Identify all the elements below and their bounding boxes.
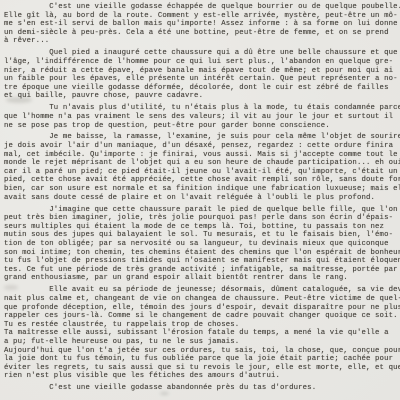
text-line: que l'homme n'a pas vraiment le sens des… <box>4 113 400 122</box>
text-line: Quel pied a inauguré cette chaussure qui… <box>4 49 400 58</box>
text-line: l'âge, l'indifférence de l'homme pour ce… <box>4 58 400 67</box>
text-line: mal, cet imbécile. Qu'importe : je finir… <box>4 151 400 160</box>
text-line: C'est une vieille godasse échappée de qu… <box>4 3 400 12</box>
text-line: tion de ton obligée; par sa nervosité ou… <box>4 240 400 249</box>
text-line: à rêver... <box>4 37 400 46</box>
text-line: rappeler ces jours-là. Comme si le chang… <box>4 312 400 321</box>
text-line: je dois avoir l'air d'un maniaque, d'un … <box>4 142 400 151</box>
text-line: un faible pour les épaves, elle présente… <box>4 75 400 84</box>
paragraph: C'est une vieille godasse abandonnée prè… <box>4 384 400 393</box>
text-line: son moi intime; ton chemin, tes chemins … <box>4 249 400 258</box>
text-line: Je me baisse, la ramasse, l'examine, je … <box>4 133 400 142</box>
text-line: rien n'est plus visible que les fétiches… <box>4 372 400 381</box>
text-line: Aujourd'hui que l'on t'a jetée sur ces o… <box>4 347 400 356</box>
text-line: a pu; fut-elle heureuse ou pas, tu ne le… <box>4 338 400 347</box>
text-line: Tu n'avais plus d'utilité, tu n'étais pl… <box>4 104 400 113</box>
text-line: éviter les regrets, tu sais aussi que si… <box>4 364 400 373</box>
paragraph: Elle avait eu sa période de jeunesse; dé… <box>4 286 400 381</box>
text-line: peut très bien imaginer, jolie, très jol… <box>4 214 400 223</box>
text-line: Elle avait eu sa période de jeunesse; dé… <box>4 286 400 295</box>
text-line: un demi-siècle à peu-près. Cela a été un… <box>4 29 400 38</box>
text-line: C'est une vieille godasse abandonnée prè… <box>4 384 400 393</box>
text-line: monde le rejet méprisant de l'objet qui … <box>4 159 400 168</box>
paragraph: J'imagine que cette chaussure paraît le … <box>4 206 400 283</box>
typewritten-page: C'est une vieille godasse échappée de qu… <box>0 0 400 400</box>
text-line: et qui baille, pauvre chose, pauvre cada… <box>4 92 400 101</box>
text-line: grand enthousiasme, par un grand espoir … <box>4 274 400 283</box>
text-line: J'imagine que cette chaussure paraît le … <box>4 206 400 215</box>
text-line: Elle gît là, au bord de la route. Commen… <box>4 12 400 21</box>
paragraph: Tu n'avais plus d'utilité, tu n'étais pl… <box>4 104 400 130</box>
text-line: nier, a réduit a cette épave, épave bana… <box>4 67 400 76</box>
text-line: la joie dont tu fus témoin, tu fus oubli… <box>4 355 400 364</box>
text-line: avait sans doute cessé de plaire et on l… <box>4 194 400 203</box>
paragraph: C'est une vieille godasse échappée de qu… <box>4 3 400 46</box>
text-line: nait plus calme et, changeant de vie on … <box>4 295 400 304</box>
text-line: mutin sous des jupes qui balayaient le s… <box>4 231 400 240</box>
paragraph: Je me baisse, la ramasse, l'examine, je … <box>4 133 400 202</box>
text-line: Ta maîtresse elle aussi, subissant l'éro… <box>4 329 400 338</box>
text-line: pied, cette chose avait été appréciée, c… <box>4 176 400 185</box>
text-line: me s'en est-il servi de ballon mais qu'i… <box>4 20 400 29</box>
text-line: ne se pose pas trop de question, peut-êt… <box>4 122 400 131</box>
text-line: tu fus l'objet de pressions timides qui … <box>4 257 400 266</box>
text-line: bien, car son usure est normale et sa fi… <box>4 185 400 194</box>
paragraph: Quel pied a inauguré cette chaussure qui… <box>4 49 400 101</box>
text-line: que profonde déception, elle, témoin des… <box>4 304 400 313</box>
